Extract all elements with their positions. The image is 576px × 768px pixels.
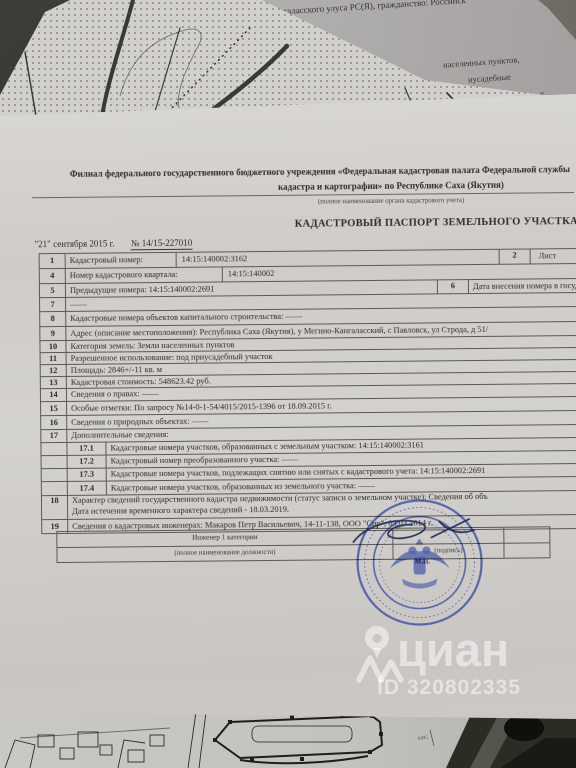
row-subnumber: 17.1 (66, 443, 105, 455)
row-number: 14 (40, 389, 66, 401)
row-label: Номер кадастрового квартала: (70, 267, 223, 282)
side-column-number: 2 (499, 248, 531, 264)
row-number: 5 (39, 284, 65, 297)
row-value: 14:15:140002 (228, 269, 275, 278)
row-number: 8 (39, 312, 65, 326)
row-number: 17 (40, 430, 66, 442)
row-content: Характер сведений государственного кадас… (67, 491, 576, 519)
row-number: 4 (39, 269, 65, 283)
issue-date: "21" сентября 2015 г. (34, 238, 114, 249)
side-column-label: Лист (539, 249, 557, 263)
row-number: 15 (40, 402, 66, 415)
row-subnumber: 17.3 (67, 469, 106, 481)
row-number: 16 (40, 416, 66, 429)
org-name-line1: Филиал федерального государственного бюд… (70, 161, 576, 179)
row-number: 7 (39, 298, 65, 311)
watermark-id: ID 320802335 (377, 676, 521, 700)
row-value: 14:15:140002:3162 (182, 254, 248, 264)
row-number: 13 (40, 377, 66, 388)
date-line: "21" сентября 2015 г. № 14/15-227010 (34, 238, 192, 250)
row-number (41, 469, 67, 481)
document-number: № 14/15-227010 (131, 238, 192, 251)
side-column-label: Дата внесения номера в госуд (473, 279, 576, 293)
handwritten-signature (341, 511, 491, 562)
page-title: КАДАСТРОВЫЙ ПАСПОРТ ЗЕМЕЛЬНОГО УЧАСТКА (38, 214, 576, 233)
row-number: 9 (39, 327, 65, 340)
empty-cell (503, 527, 549, 542)
row-number: 18 (41, 496, 67, 519)
svg-text:0495: 0495 (418, 736, 429, 742)
passport-table: 1Кадастровый номер:14:15:140002:31622Лис… (39, 248, 576, 535)
row-subnumber: 17.2 (67, 456, 106, 468)
watermark: циан ID 320802335 (345, 620, 576, 720)
row-number: 10 (39, 341, 65, 352)
row-number: 1 (39, 254, 65, 268)
background-text-fragment: иусадебные (468, 72, 511, 85)
row-number (41, 456, 67, 468)
side-column-number: 6 (437, 279, 469, 294)
row-number (40, 443, 66, 455)
row-number: 12 (40, 365, 66, 376)
row-number: 11 (40, 353, 66, 364)
background-text-fragment: населенных пунктов, (443, 54, 520, 69)
row-number (41, 482, 67, 495)
watermark-brand: циан (397, 628, 509, 672)
photo-scene: Мегино-Кангаласского улуса РС(Я), гражда… (0, 0, 576, 768)
empty-cell (503, 543, 549, 558)
row-label: Кадастровый номер: (70, 253, 177, 268)
row-subnumber: 17.4 (67, 482, 106, 495)
